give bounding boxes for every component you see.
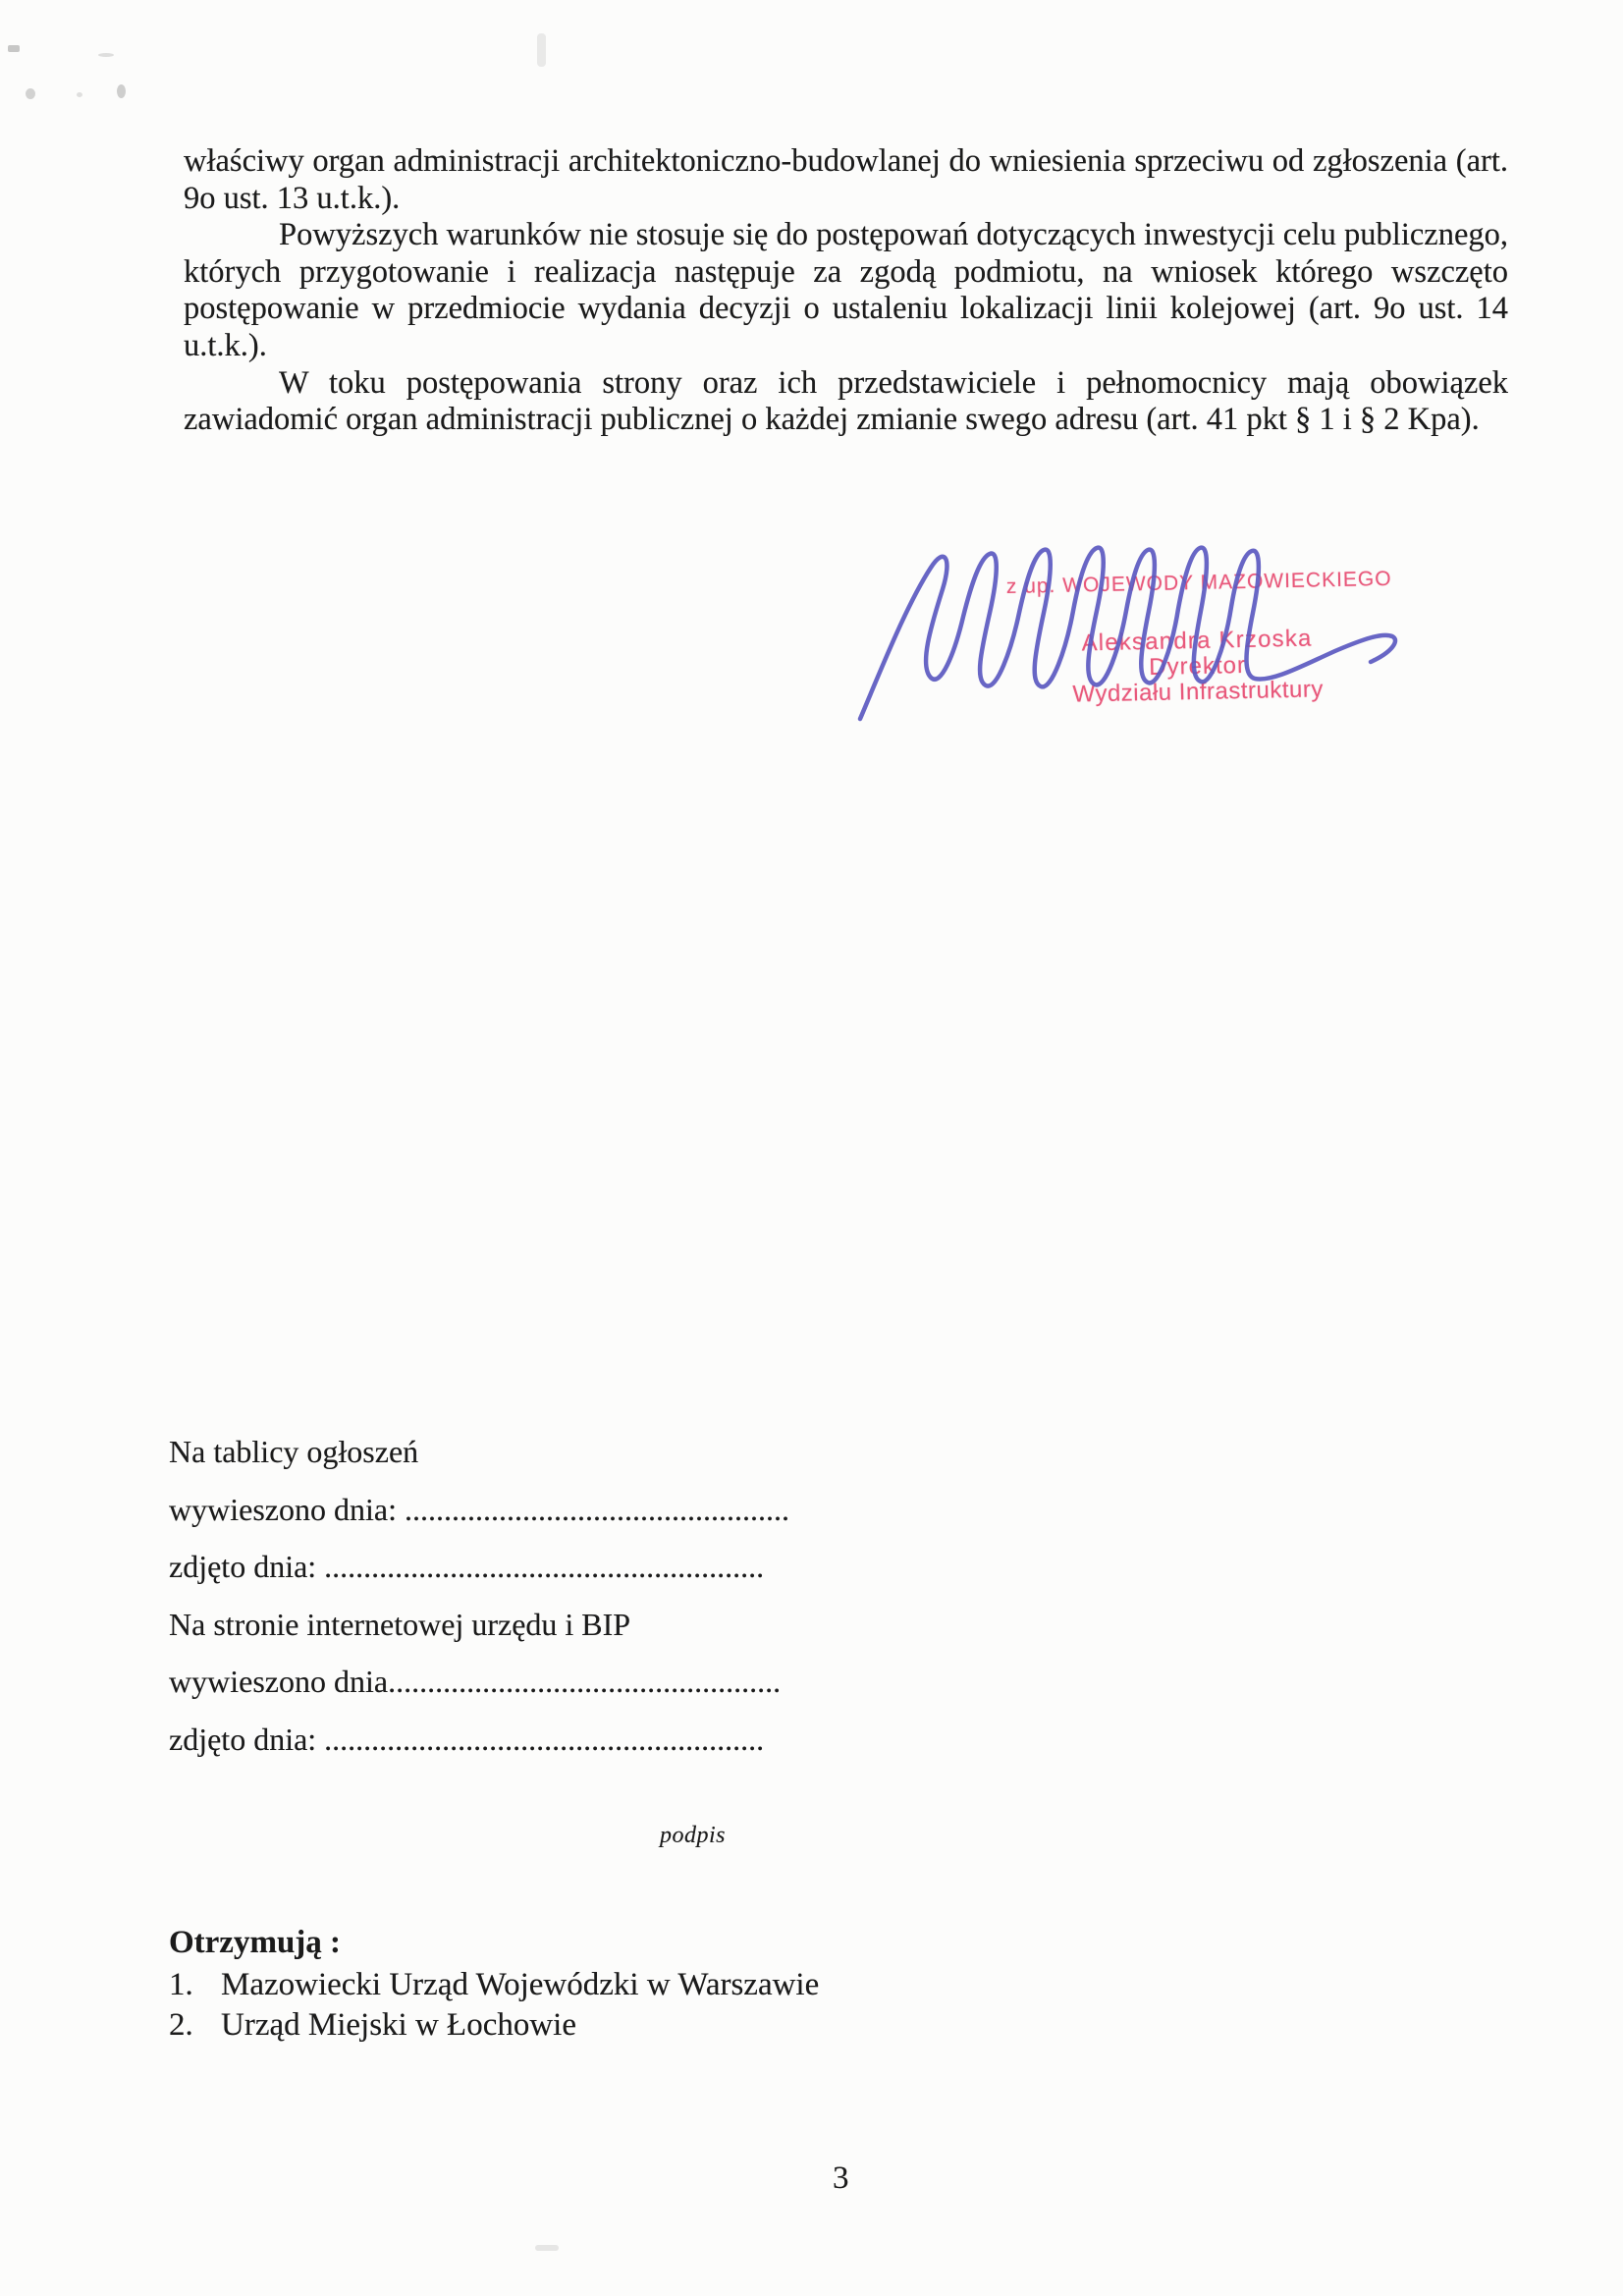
scan-speck bbox=[77, 92, 82, 97]
scan-speck bbox=[98, 53, 114, 57]
recipient-item: 2. Urząd Miejski w Łochowie bbox=[169, 2005, 1053, 2046]
page-number: 3 bbox=[833, 2160, 849, 2197]
posted-date-line: wywieszono dnia: .......................… bbox=[169, 1494, 915, 1526]
recipient-name: Urząd Miejski w Łochowie bbox=[221, 2005, 576, 2046]
document-page: właściwy organ administracji architekton… bbox=[0, 0, 1623, 2296]
paragraph: Powyższych warunków nie stosuje się do p… bbox=[184, 217, 1508, 364]
posting-section: Na tablicy ogłoszeń wywieszono dnia: ...… bbox=[169, 1436, 915, 1780]
posting-board-heading: Na tablicy ogłoszeń bbox=[169, 1436, 915, 1468]
scan-smudge bbox=[535, 2245, 559, 2251]
paragraph-continuation: właściwy organ administracji architekton… bbox=[184, 143, 1508, 217]
scan-speck bbox=[26, 88, 35, 99]
recipients-section: Otrzymują : 1. Mazowiecki Urząd Wojewódz… bbox=[169, 1923, 1053, 2046]
scan-speck bbox=[117, 84, 126, 98]
scan-speck bbox=[8, 45, 20, 52]
body-paragraphs: właściwy organ administracji architekton… bbox=[184, 143, 1508, 439]
scan-smudge bbox=[537, 33, 546, 67]
removed-date-line: zdjęto dnia: ...........................… bbox=[169, 1551, 915, 1583]
recipient-item: 1. Mazowiecki Urząd Wojewódzki w Warszaw… bbox=[169, 1965, 1053, 2005]
posted-date-line: wywieszono dnia.........................… bbox=[169, 1666, 915, 1698]
removed-date-line: zdjęto dnia: ...........................… bbox=[169, 1723, 915, 1756]
handwritten-signature-icon bbox=[842, 530, 1416, 727]
signature-caption: podpis bbox=[660, 1823, 726, 1849]
recipient-number: 2. bbox=[169, 2005, 221, 2046]
recipient-name: Mazowiecki Urząd Wojewódzki w Warszawie bbox=[221, 1965, 819, 2005]
posting-web-heading: Na stronie internetowej urzędu i BIP bbox=[169, 1609, 915, 1641]
signature-block: z up. WOJEWODY MAZOWIECKIEGO Aleksandra … bbox=[842, 530, 1432, 756]
paragraph: W toku postępowania strony oraz ich prze… bbox=[184, 365, 1508, 439]
recipients-heading: Otrzymują : bbox=[169, 1923, 1053, 1963]
recipient-number: 1. bbox=[169, 1965, 221, 2005]
